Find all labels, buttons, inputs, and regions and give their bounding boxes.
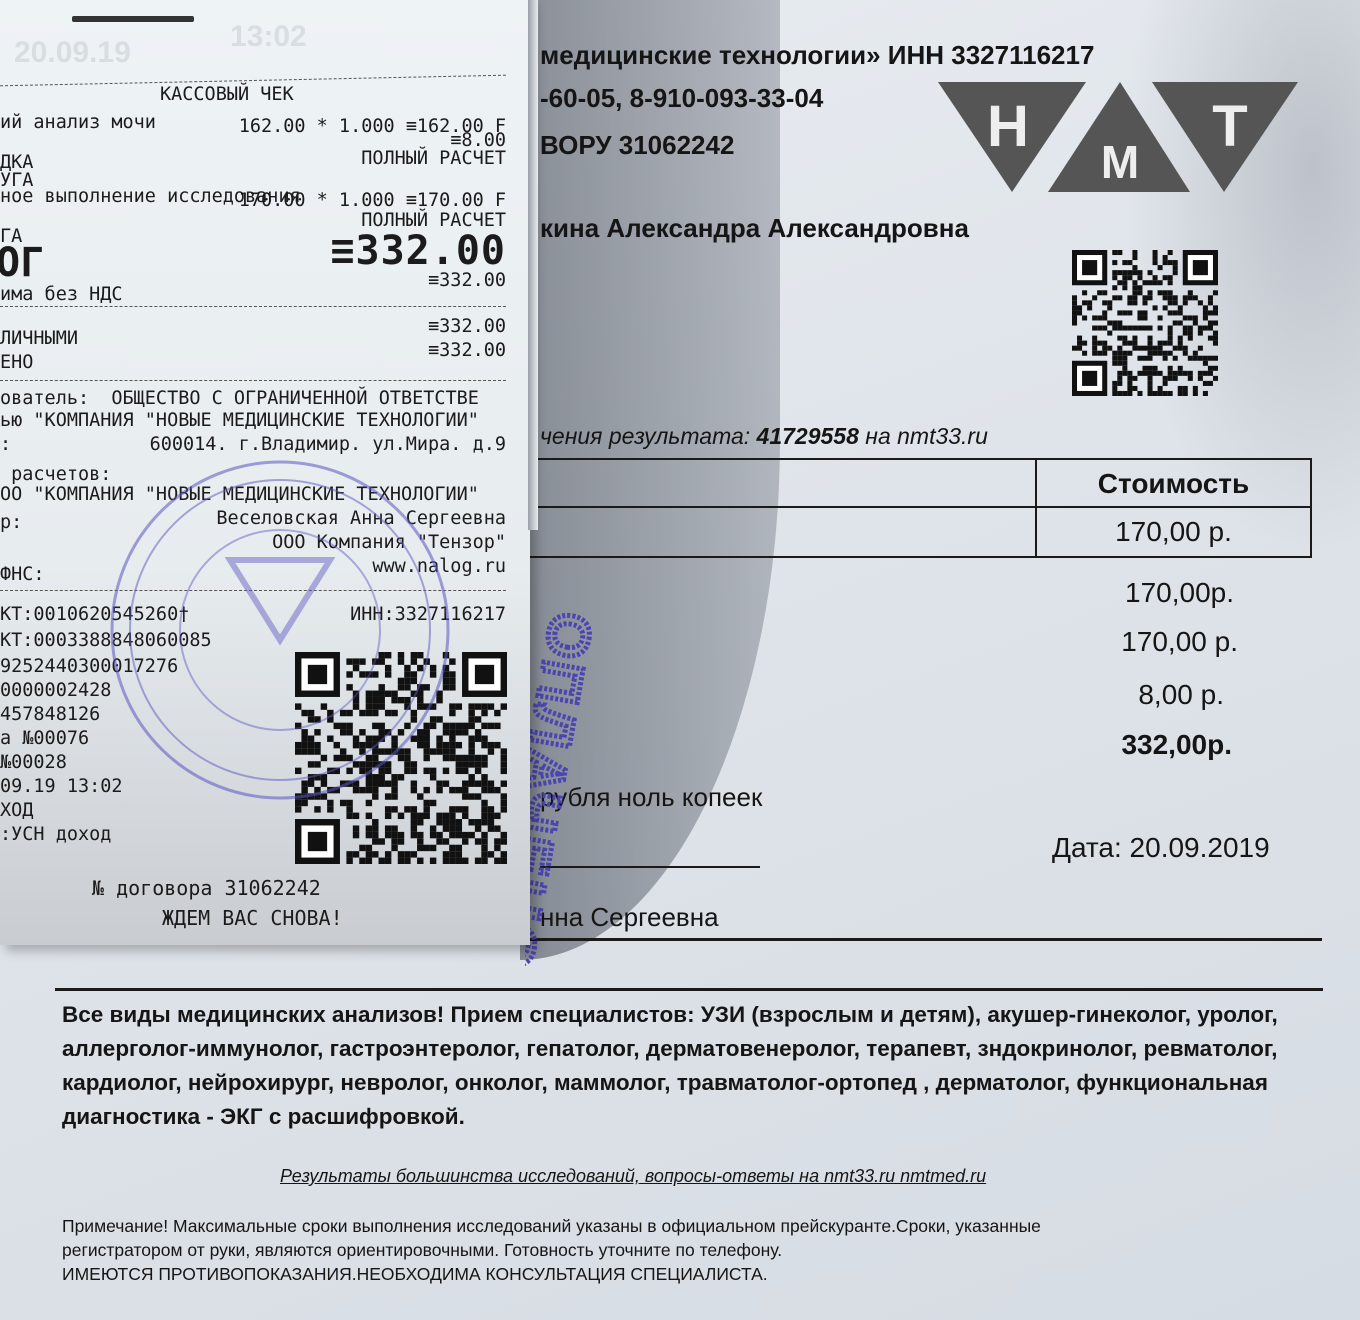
receipt-cash-label: ЛИЧНЫМИ xyxy=(0,328,78,349)
receipt-operation: ХОД xyxy=(0,800,33,821)
receipt-item-name: ий анализ мочи xyxy=(0,112,156,133)
receipt-title: КАССОВЫЙ ЧЕК xyxy=(160,84,294,105)
svg-text:Н: Н xyxy=(987,94,1029,159)
svg-text:Т: Т xyxy=(1212,94,1247,159)
receipt-shift: а №00076 xyxy=(0,728,89,749)
receipt-contract: № договора 31062242 xyxy=(92,876,321,900)
receipt-check-num: №00028 xyxy=(0,752,67,773)
contract-line: ВОРУ 31062242 xyxy=(540,130,734,161)
receipt-item-calc: 170.00 * 1.000 ≡170.00 F xyxy=(239,190,506,211)
receipt-label: ФНС: xyxy=(0,564,45,585)
receipt-paid: ≡332.00 xyxy=(428,340,506,361)
receipt-total: ≡332.00 xyxy=(330,228,506,274)
qr-code-icon xyxy=(290,652,512,864)
receipt-payment-mode: ПОЛНЫЙ РАСЧЕТ xyxy=(361,148,506,169)
receipt-label: расчетов: xyxy=(0,464,111,485)
summary-extra: 8,00 р. xyxy=(1138,679,1224,711)
patient-name: кина Александра Александровна xyxy=(540,213,969,244)
receipt-kkt-num: КТ:0003388848060085 xyxy=(0,630,212,651)
note-line: ИМЕЮТСЯ ПРОТИВОПОКАЗАНИЯ.НЕОБХОДИМА КОНС… xyxy=(62,1262,1312,1286)
note: Примечание! Максимальные сроки выполнени… xyxy=(62,1214,1312,1286)
receipt-cashier: Веселовская Анна Сергеевна xyxy=(216,508,506,529)
summary-service: 170,00 р. xyxy=(1121,626,1238,658)
document-date: Дата: 20.09.2019 xyxy=(1052,832,1270,864)
phones-line: -60-05, 8-910-093-33-04 xyxy=(540,83,823,114)
services-list: Все виды медицинских анализов! Прием спе… xyxy=(62,998,1292,1134)
result-code: 41729558 xyxy=(757,423,859,449)
results-link[interactable]: Результаты большинства исследований, воп… xyxy=(280,1166,986,1187)
qr-code-icon xyxy=(1070,250,1220,396)
receipt-ofd: ООО Компания "Тензор" xyxy=(272,532,506,553)
receipt-seller: ью "КОМПАНИЯ "НОВЫЕ МЕДИЦИНСКИЕ ТЕХНОЛОГ… xyxy=(0,410,479,431)
receipt-fd: 0000002428 xyxy=(0,680,111,701)
receipt-no-vat-label: има без НДС xyxy=(0,284,123,305)
receipt-kkt-reg: КТ:0010620545260† xyxy=(0,604,189,625)
result-code-line: чения результата: 41729558 на nmt33.ru xyxy=(540,423,988,450)
result-site: на nmt33.ru xyxy=(859,423,988,449)
cash-receipt: 20.09.19 13:02 КАССОВЫЙ ЧЕК ий анализ мо… xyxy=(0,0,530,945)
receipt-fns-site[interactable]: www.nalog.ru xyxy=(372,556,506,577)
receipt-total-label: ОГ xyxy=(0,240,44,286)
receipt-address: 600014. г.Владимир. ул.Мира. д.9 xyxy=(150,434,506,455)
signer-name: нна Сергеевна xyxy=(540,902,719,933)
receipt-fn: 9252440300017276 xyxy=(0,656,178,677)
receipt-place: ОО "КОМПАНИЯ "НОВЫЕ МЕДИЦИНСКИЕ ТЕХНОЛОГ… xyxy=(0,484,479,505)
receipt-inn: ИНН:3327116217 xyxy=(350,604,506,625)
nmt-logo-icon: Н М Т xyxy=(938,80,1298,194)
divider xyxy=(55,988,1323,991)
receipt-fp: 457848126 xyxy=(0,704,100,725)
table-cell-price: 170,00 р. xyxy=(1037,516,1310,548)
organization-line: медицинские технологии» ИНН 3327116217 xyxy=(540,40,1094,71)
result-code-label: чения результата: xyxy=(540,423,757,449)
column-header-cost: Стоимость xyxy=(1037,468,1310,500)
signature-line xyxy=(540,866,760,868)
receipt-label: : xyxy=(0,434,11,455)
receipt-farewell: ЖДЕМ ВАС СНОВА! xyxy=(162,906,343,930)
note-line: Примечание! Максимальные сроки выполнени… xyxy=(62,1214,1312,1238)
receipt-cash: ≡332.00 xyxy=(428,316,506,337)
note-line: регистратором от руки, являются ориентир… xyxy=(62,1238,1312,1262)
summary-total: 332,00р. xyxy=(1121,729,1232,761)
receipt-datetime: 09.19 13:02 xyxy=(0,776,123,797)
receipt-paid-label: ЕНО xyxy=(0,352,33,373)
receipt-seller: ователь: ОБЩЕСТВО С ОГРАНИЧЕННОЙ ОТВЕТСТ… xyxy=(0,388,479,409)
services-table: Стоимость 170,00 р. xyxy=(530,458,1312,558)
summary-subtotal: 170,00р. xyxy=(1125,577,1234,609)
svg-text:М: М xyxy=(1101,136,1139,188)
clip-mark xyxy=(72,16,194,22)
receipt-label: р: xyxy=(0,512,22,533)
receipt-no-vat: ≡332.00 xyxy=(428,270,506,291)
receipt-tax: :УСН доход xyxy=(0,824,111,845)
amount-in-words: рубля ноль копеек xyxy=(540,782,762,813)
